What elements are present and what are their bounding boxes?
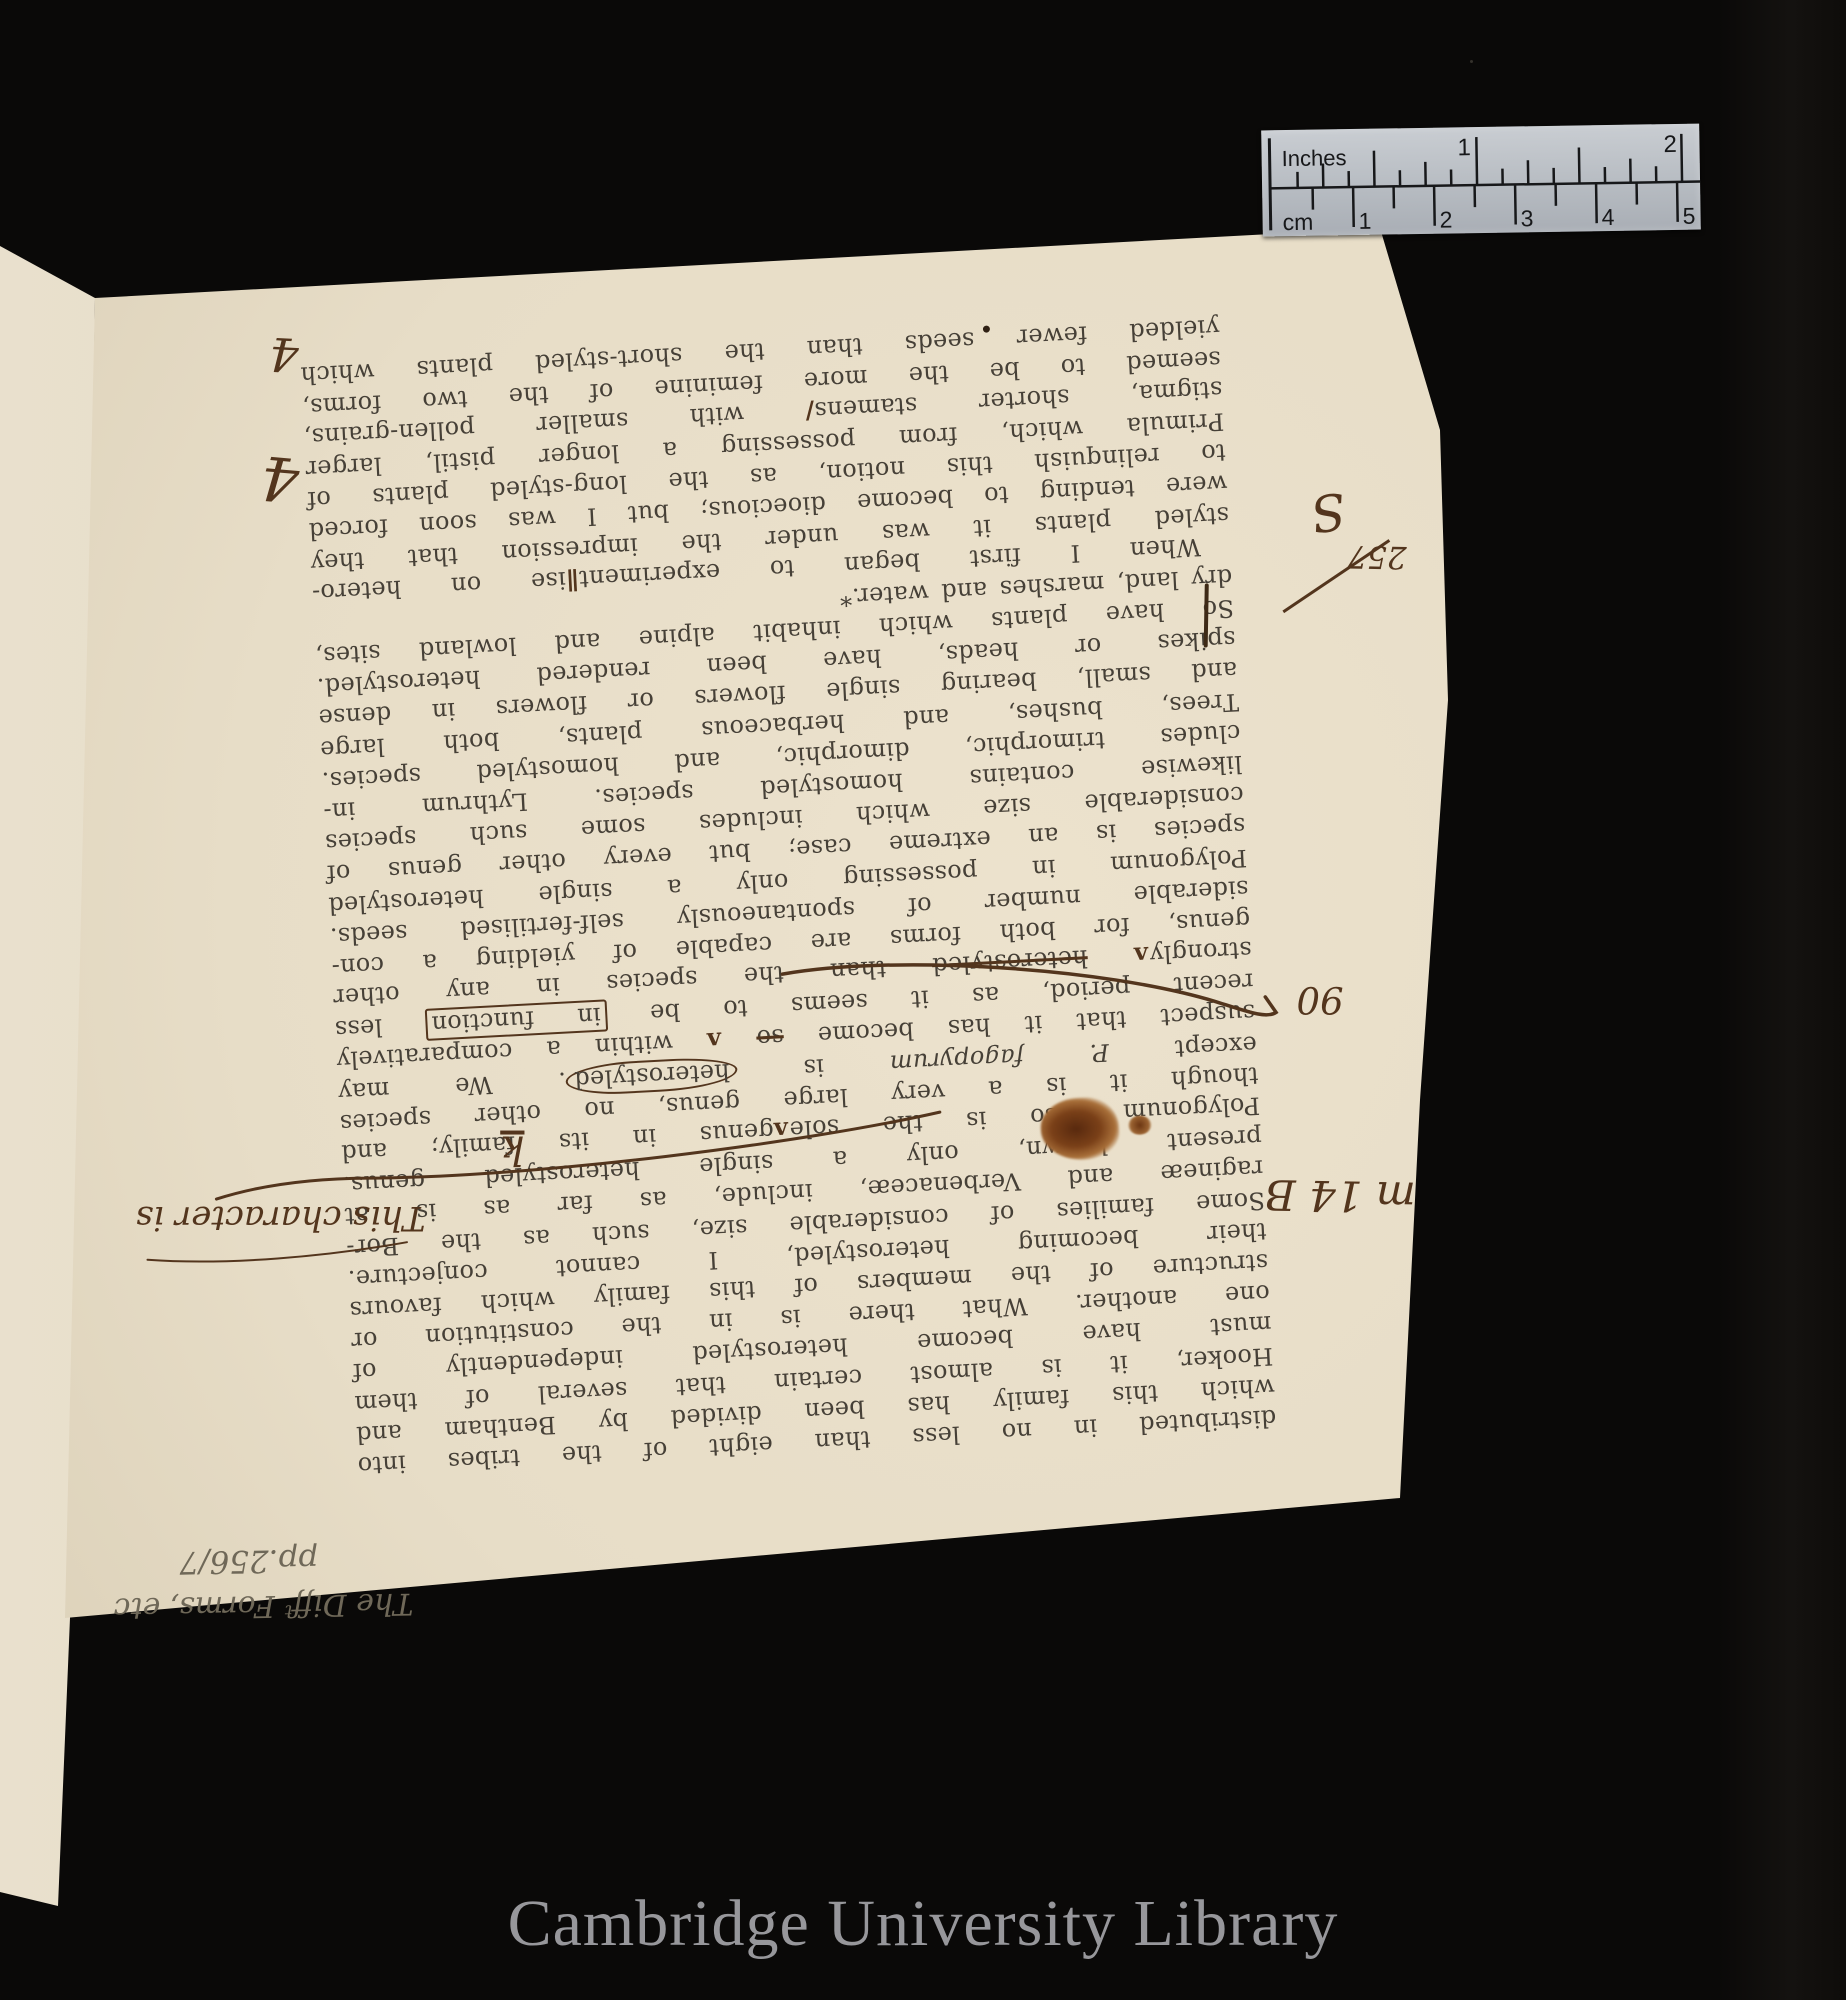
character-note: This character is bbox=[80, 1198, 425, 1238]
cm-number-5: 5 bbox=[1682, 203, 1695, 229]
cm-number-2: 2 bbox=[1439, 206, 1452, 232]
folio-number: 257 bbox=[1347, 538, 1407, 575]
inches-label: Inches bbox=[1281, 145, 1346, 171]
library-watermark: Cambridge University Library bbox=[0, 1886, 1846, 1962]
keep-mark: k bbox=[500, 1127, 524, 1173]
pencil-page-note: pp.256/7 bbox=[179, 1542, 318, 1580]
cm-number-1: 1 bbox=[1358, 208, 1371, 234]
photo-scene: distributed in no less than eight of the… bbox=[0, 0, 1846, 2000]
dust-speck bbox=[1470, 60, 1473, 63]
cm-number-4: 4 bbox=[1601, 204, 1614, 230]
ink-stroke-lines bbox=[57, 231, 1435, 1628]
margin-mark-a: 4 bbox=[268, 327, 300, 382]
cm-label: cm bbox=[1282, 209, 1313, 235]
annotation-layer: 4 4 S 257 90 m 14 B k This character is … bbox=[57, 231, 1435, 1628]
inch-number-1: 1 bbox=[1457, 134, 1471, 161]
cm-number-3: 3 bbox=[1520, 205, 1533, 231]
inch-ticks bbox=[1297, 134, 1682, 188]
galley-number: 90 bbox=[1296, 978, 1343, 1021]
folio-letter: S bbox=[1307, 481, 1349, 543]
manuscript-page: distributed in no less than eight of the… bbox=[57, 231, 1435, 1628]
classmark-note: m 14 B bbox=[1264, 1170, 1416, 1222]
inch-number-2: 2 bbox=[1663, 131, 1677, 158]
folio-mark-group: S 257 bbox=[1268, 479, 1410, 621]
measurement-ruler: Inches 1 2 cm 1 2 3 4 5 bbox=[1261, 124, 1701, 237]
margin-mark-b: 4 bbox=[258, 441, 302, 514]
pencil-title-note: The Diffᵗ Forms, etc bbox=[113, 1586, 413, 1626]
